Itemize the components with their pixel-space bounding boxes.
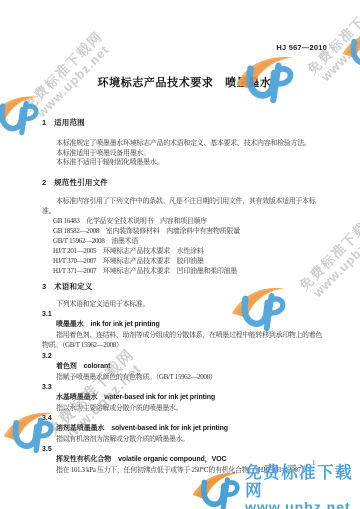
term-block: 3.4 溶剂基喷墨墨水 solvent-based ink for ink je…: [42, 414, 327, 444]
reference-item: GB/T 15962—2008 油墨术语: [53, 236, 327, 246]
section-1-heading: 1 适用范围: [42, 118, 327, 128]
up-logo-icon: [340, 28, 360, 70]
reference-item: HJ/T 370—2007 环境标志产品技术要求 胶印油墨: [53, 256, 327, 266]
reference-item: HJ/T 201—2005 环境标志产品技术要求 水性涂料: [53, 246, 327, 256]
term-name: 水基喷墨墨水 water-based ink for ink jet print…: [56, 393, 327, 403]
term-number: 3.2: [42, 352, 327, 362]
up-logo-icon: [0, 92, 40, 136]
up-logo-icon: [229, 283, 287, 332]
term-definition: 指赋予喷墨墨水颜色的有色物质。（GB/T 15962—2008）: [42, 372, 327, 382]
up-logo-icon: [233, 52, 295, 104]
term-name: 溶剂基喷墨墨水 solvent-based ink for ink jet pr…: [56, 424, 327, 434]
reference-item: GB 18582—2008 室内装饰装修材料 内墙涂料中有害物质限量: [53, 226, 327, 236]
term-definition: 指用着色剂、连结料、助剂等成分组成的分散体系，在喷墨过程中能转移到承印物上的着色…: [42, 330, 327, 350]
doc-number: HJ 567—2010: [42, 44, 327, 52]
up-logo-icon: [1, 408, 55, 454]
term-name: 挥发性有机化合物 volatile organic compound，VOC: [56, 455, 327, 465]
term-block: 3.2 着色剂 colorant 指赋予喷墨墨水颜色的有色物质。（GB/T 15…: [42, 352, 327, 382]
reference-item: HJ/T 371—2007 环境标志产品技术要求 凹印油墨和柔印油墨: [53, 266, 327, 276]
term-number: 3.4: [42, 414, 327, 424]
term-definition: 指以水为主要溶解或分散介质的喷墨墨水。: [42, 403, 327, 413]
references-intro: 本标准内容引用了下列文件中的条款。凡是不注日期的引用文件，其有效版本适用于本标准…: [42, 196, 327, 216]
footer-brand: 免费标准下载网 www.upbz.net: [190, 464, 360, 509]
brand-url: www.upbz.net: [245, 500, 360, 509]
document-page: 免费标准下载网 www.upbz.net 免费标准下载网 www.upbz.ne…: [0, 0, 360, 509]
brand-name: 免费标准下载网: [245, 464, 360, 500]
term-block: 3.3 水基喷墨墨水 water-based ink for ink jet p…: [42, 383, 327, 413]
term-definition: 指以有机溶剂为溶解或分散介质的喷墨墨水。: [42, 434, 327, 444]
scope-line: 本标准规定了喷墨墨水环境标志产品的术语和定义、基本要求、技术内容和检验方法。: [42, 139, 327, 149]
scope-line: 本标准不适用于辐射固化喷墨墨水。: [42, 158, 327, 168]
brand-text: 免费标准下载网 www.upbz.net: [245, 464, 360, 509]
reference-item: GB 16483 化学品安全技术说明书 内容和项目顺序: [53, 216, 327, 226]
term-number: 3.5: [42, 445, 327, 455]
brand-up-logo-icon: [190, 467, 241, 509]
section-2-heading: 2 规范性引用文件: [42, 178, 327, 188]
scope-line: 本标准适用于喷墨设备用墨水。: [42, 149, 327, 159]
term-number: 3.3: [42, 383, 327, 393]
term-name: 着色剂 colorant: [56, 362, 327, 372]
